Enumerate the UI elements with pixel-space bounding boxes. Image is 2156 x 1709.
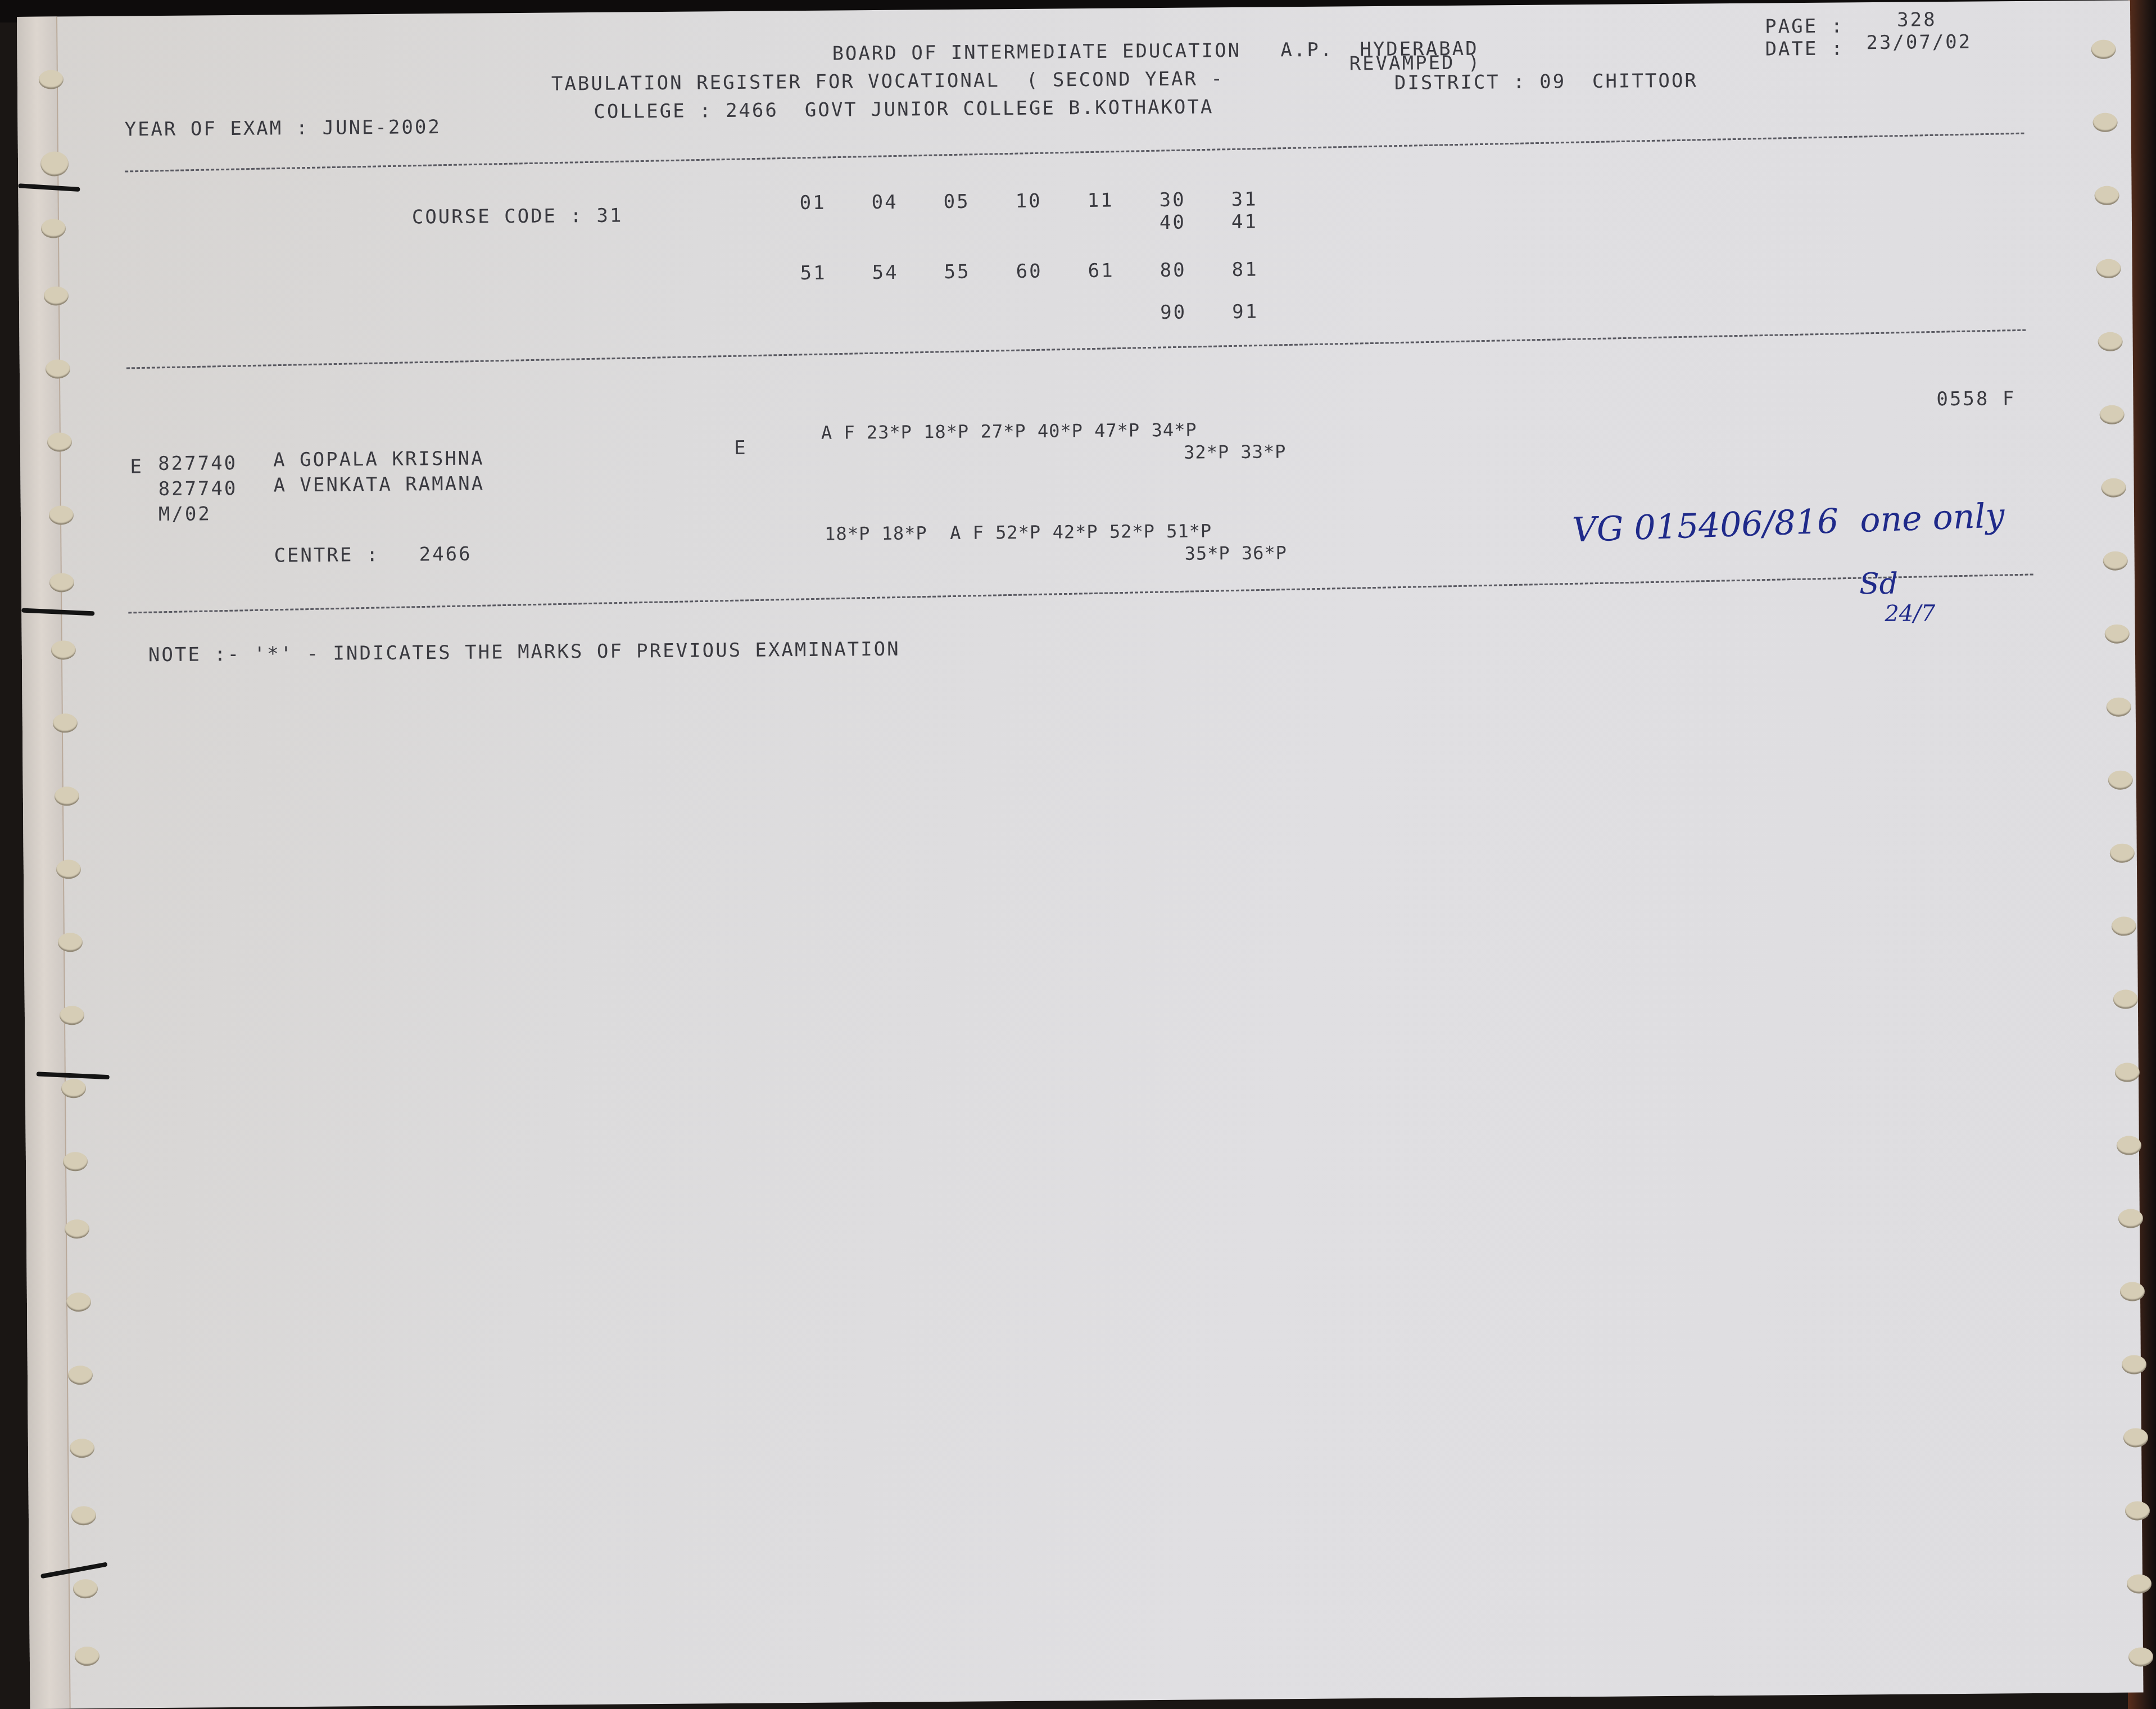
course-codes-row-2b: 90 91 — [1160, 302, 1304, 322]
tractor-feed-hole-icon — [2098, 332, 2123, 351]
punch-hole-icon — [55, 786, 79, 806]
tractor-feed-hole-icon — [2103, 551, 2128, 571]
tractor-feed-hole-icon — [2101, 478, 2126, 498]
page-number: 328 — [1897, 10, 1937, 30]
course-code: 30 — [1159, 190, 1231, 210]
punch-hole-icon — [46, 359, 70, 378]
handwritten-annotation: VG 015406/816 one only — [1571, 496, 2005, 550]
course-code: 90 — [1160, 302, 1232, 322]
punch-hole-icon — [75, 1647, 99, 1666]
footnote: NOTE :- '*' - INDICATES THE MARKS OF PRE… — [148, 640, 900, 665]
marks-row-2: 18*P 18*P A F 52*P 42*P 52*P 51*P — [825, 522, 1212, 542]
punch-hole-icon — [56, 860, 81, 879]
punch-hole-icon — [60, 1006, 84, 1025]
course-codes-row-1: 01 04 05 10 11 30 31 — [800, 189, 1303, 213]
marks-row-2b: 35*P 36*P — [1184, 544, 1287, 562]
district-line: DISTRICT : 09 CHITTOOR — [1394, 71, 1698, 93]
punch-hole-icon — [68, 1366, 93, 1385]
course-code: 40 — [1159, 213, 1231, 232]
course-separator — [126, 329, 2026, 369]
punch-hole-icon — [61, 1079, 86, 1098]
punch-hole-icon — [41, 219, 66, 238]
punch-hole-icon — [47, 432, 72, 451]
tractor-feed-hole-icon — [2096, 259, 2121, 278]
tractor-feed-hole-icon — [2094, 186, 2119, 205]
tractor-feed-hole-icon — [2113, 989, 2138, 1009]
date-value: 23/07/02 — [1866, 33, 1972, 52]
course-code-label: COURSE CODE : 31 — [412, 206, 623, 227]
tractor-feed-hole-icon — [2105, 625, 2130, 644]
tractor-feed-hole-icon — [2120, 1282, 2145, 1301]
tractor-feed-hole-icon — [2118, 1209, 2143, 1228]
punch-hole-icon — [40, 151, 69, 176]
punch-hole-icon — [53, 713, 78, 733]
record-separator — [128, 573, 2033, 613]
punch-hole-icon — [49, 505, 74, 525]
punch-hole-icon — [39, 70, 64, 89]
tractor-feed-hole-icon — [2108, 770, 2133, 789]
tractor-feed-hole-icon — [2127, 1574, 2152, 1593]
hall-ticket-number-2: 827740 — [158, 479, 237, 499]
punch-hole-icon — [73, 1579, 98, 1598]
course-code: 10 — [1015, 191, 1087, 211]
course-code: 91 — [1232, 302, 1304, 322]
page-label: PAGE : — [1765, 16, 1844, 36]
tabulation-register-sheet: BOARD OF INTERMEDIATE EDUCATION A.P. HYD… — [17, 0, 2144, 1708]
serial-number: 0558 F — [1936, 389, 2015, 409]
year-of-exam: YEAR OF EXAM : JUNE-2002 — [124, 117, 441, 139]
course-code: 04 — [872, 192, 944, 212]
handwritten-initials-date: 24/7 — [1885, 600, 1935, 627]
course-code: 51 — [800, 263, 872, 283]
punch-hole-icon — [65, 1219, 89, 1238]
marks-row-1: A F 23*P 18*P 27*P 40*P 47*P 34*P — [821, 421, 1197, 442]
course-code: 55 — [944, 262, 1016, 282]
tractor-feed-hole-icon — [2110, 843, 2135, 862]
marks-row-1b: 32*P 33*P — [1184, 442, 1287, 461]
tractor-feed-hole-icon — [2092, 113, 2117, 132]
course-code: 41 — [1231, 212, 1303, 232]
course-code: 05 — [944, 192, 1016, 211]
revamped-label: REVAMPED ) — [1349, 53, 1482, 74]
course-code: 61 — [1088, 261, 1159, 281]
course-code: 81 — [1231, 260, 1303, 279]
centre-info: CENTRE : 2466 — [274, 545, 472, 566]
course-codes-row-1b: 40 41 — [1159, 212, 1303, 232]
tractor-feed-hole-icon — [2107, 697, 2131, 716]
course-code: 60 — [1016, 261, 1088, 281]
course-codes-row-2: 51 54 55 60 61 80 81 — [800, 260, 1303, 283]
course-code: 31 — [1231, 189, 1303, 209]
tractor-feed-hole-icon — [2091, 40, 2116, 59]
father-name: A VENKATA RAMANA — [273, 474, 484, 495]
date-label: DATE : — [1765, 39, 1844, 58]
punch-hole-icon — [44, 286, 69, 305]
punch-hole-icon — [51, 640, 76, 659]
tractor-feed-hole-icon — [2123, 1428, 2148, 1447]
tractor-feed-hole-icon — [2115, 1063, 2140, 1082]
record-prefix: E — [130, 457, 143, 476]
punch-hole-icon — [71, 1506, 96, 1525]
handwritten-initials: Sd — [1859, 567, 1898, 602]
punch-hole-icon — [58, 933, 83, 952]
course-code: 01 — [800, 193, 872, 213]
tractor-feed-hole-icon — [2117, 1136, 2141, 1155]
punch-hole-icon — [70, 1439, 94, 1458]
tractor-feed-hole-icon — [2100, 405, 2125, 424]
medium-code: E — [734, 438, 748, 458]
course-code: 11 — [1087, 191, 1159, 210]
attempt-code: M/02 — [158, 504, 211, 524]
hall-ticket-number: 827740 — [158, 454, 237, 473]
tractor-feed-hole-icon — [2125, 1501, 2150, 1520]
punch-hole-icon — [63, 1152, 88, 1171]
course-code: 54 — [872, 263, 944, 282]
punch-hole-icon — [66, 1292, 91, 1312]
tractor-feed-hole-icon — [2112, 916, 2136, 935]
register-title: TABULATION REGISTER FOR VOCATIONAL ( SEC… — [551, 69, 1224, 93]
candidate-name: A GOPALA KRISHNA — [273, 449, 484, 469]
tractor-feed-hole-icon — [2122, 1355, 2146, 1374]
course-code: 80 — [1159, 260, 1231, 280]
tractor-feed-hole-icon — [2128, 1647, 2153, 1666]
punch-hole-icon — [49, 573, 74, 592]
college-line: COLLEGE : 2466 GOVT JUNIOR COLLEGE B.KOT… — [594, 97, 1213, 121]
